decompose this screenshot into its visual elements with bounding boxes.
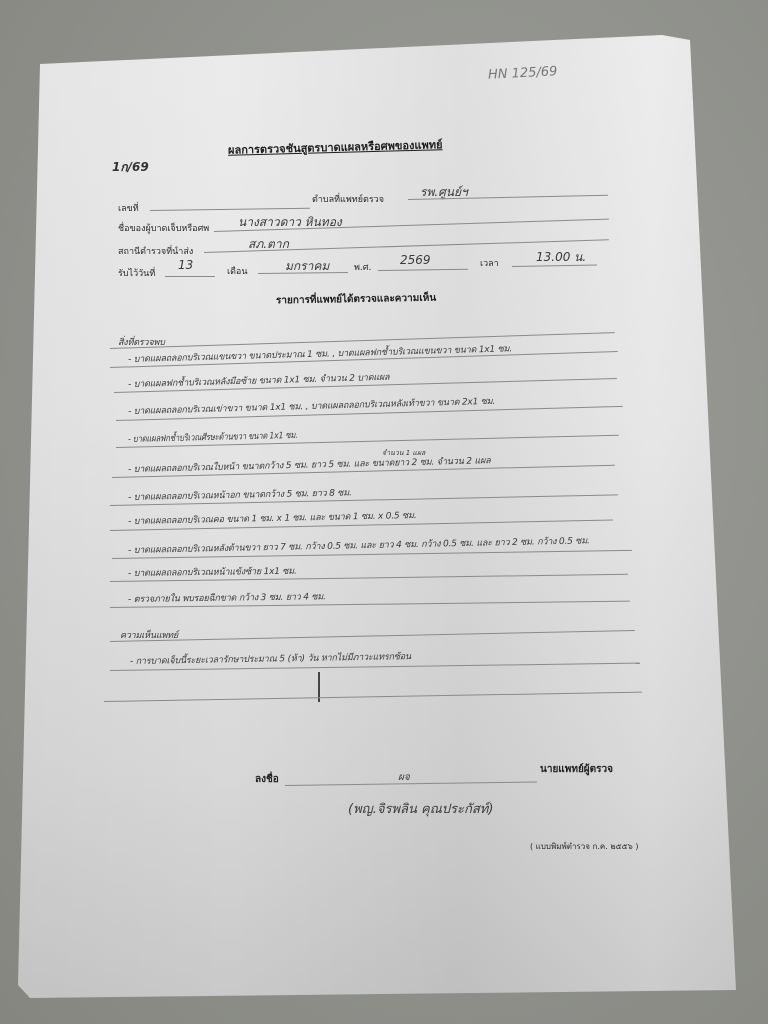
section-title: รายการที่แพทย์ได้ตรวจและความเห็น [276, 291, 436, 309]
form-code: ( แบบพิมพ์ตำรวจ ก.ค. ๒๕๕๖ ) [530, 840, 638, 853]
sign-label: ลงชื่อ [255, 772, 279, 787]
role-label: นายแพทย์ผู้ตรวจ [540, 762, 613, 777]
case-number: 1ก/69 [112, 158, 149, 177]
finding-item: - ตรวจภายใน พบรอยฉีกขาด กว้าง 3 ซม. ยาว … [128, 589, 326, 606]
year-value[interactable]: 2569 [400, 253, 431, 267]
number-label: เลขที่ [118, 201, 139, 215]
police-label: สถานีตำรวจที่นำส่ง [118, 244, 193, 258]
finding-item: - บาดแผลถลอกบริเวณหน้าแข้งซ้าย 1x1 ซม. [128, 564, 297, 580]
received-day-line [165, 276, 215, 277]
month-label: เดือน [227, 264, 247, 278]
time-label: เวลา [480, 256, 499, 270]
received-day-value[interactable]: 13 [178, 258, 193, 272]
exam-place-label: ตำบลที่แพทย์ตรวจ [312, 192, 384, 206]
findings-annotation: จำนวน 1 แผล [382, 448, 425, 459]
year-label: พ.ศ. [354, 260, 371, 274]
printed-name: (พญ.จิรพลิน คุณประกัสท์) [348, 798, 493, 819]
victim-label: ชื่อของผู้บาดเจ็บหรือศพ [118, 221, 209, 235]
received-day-label: รับไว้วันที่ [118, 266, 155, 280]
